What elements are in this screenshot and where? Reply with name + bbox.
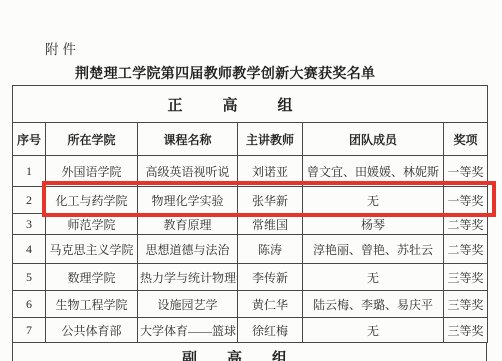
cell-team: 曾文宜、田媛媛、林妮斯 bbox=[303, 156, 444, 187]
cell-award: 三等奖 bbox=[444, 264, 488, 291]
cell-team: 无 bbox=[303, 264, 444, 291]
cell-college: 马克思主义学院 bbox=[46, 235, 138, 264]
cell-award: 三等奖 bbox=[444, 318, 488, 343]
document-title: 荆楚理工学院第四届教师教学创新大赛获奖名单 bbox=[75, 63, 365, 83]
cell-college: 公共体育部 bbox=[46, 318, 138, 343]
cell-no: 5 bbox=[13, 264, 46, 291]
cell-college: 数理学院 bbox=[46, 264, 138, 291]
cell-team: 淳艳丽、曾艳、苏牡云 bbox=[303, 235, 444, 264]
table-row-highlighted: 2 化工与药学院 物理化学实验 张华新 无 一等奖 bbox=[13, 187, 488, 214]
table-row: 3 师范学院 教育原理 常维国 杨琴 二等奖 bbox=[13, 214, 488, 235]
cell-team: 杨琴 bbox=[303, 214, 444, 235]
cell-teacher: 黄仁华 bbox=[238, 291, 303, 318]
cell-teacher: 陈涛 bbox=[238, 235, 303, 264]
cell-team: 陆云梅、李璐、易庆平 bbox=[303, 291, 444, 318]
cell-teacher: 张华新 bbox=[238, 187, 303, 214]
cell-award: 二等奖 bbox=[444, 214, 488, 235]
table-header-row: 序号 所在学院 课程名称 主讲教师 团队成员 奖项 bbox=[13, 123, 488, 156]
table-row: 6 生物工程学院 设施园艺学 黄仁华 陆云梅、李璐、易庆平 三等奖 bbox=[13, 291, 488, 318]
cell-college: 化工与药学院 bbox=[46, 187, 138, 214]
cell-college: 生物工程学院 bbox=[46, 291, 138, 318]
attachment-label: 附件 bbox=[45, 38, 80, 58]
cell-award: 一等奖 bbox=[444, 187, 488, 214]
cell-no: 2 bbox=[13, 187, 46, 214]
col-header-no: 序号 bbox=[13, 123, 46, 156]
cell-team: 无 bbox=[303, 187, 444, 214]
cell-award: 一等奖 bbox=[444, 156, 488, 187]
cell-course: 大学体育——篮球 bbox=[138, 318, 238, 343]
document-page: 附件 荆楚理工学院第四届教师教学创新大赛获奖名单 正高组 序号 所在学院 课程名… bbox=[0, 0, 502, 361]
cell-no: 7 bbox=[13, 318, 46, 343]
cell-college: 外国语学院 bbox=[46, 156, 138, 187]
cell-course: 教育原理 bbox=[138, 214, 238, 235]
cell-course: 高级英语视听说 bbox=[138, 156, 238, 187]
cell-no: 3 bbox=[13, 214, 46, 235]
cell-no: 4 bbox=[13, 235, 46, 264]
cell-team: 无 bbox=[303, 318, 444, 343]
cell-course: 设施园艺学 bbox=[138, 291, 238, 318]
group-header: 正高组 bbox=[13, 86, 488, 123]
cell-teacher: 刘诺亚 bbox=[238, 156, 303, 187]
col-header-award: 奖项 bbox=[444, 123, 488, 156]
cell-teacher: 徐红梅 bbox=[238, 318, 303, 343]
cell-teacher: 李传新 bbox=[238, 264, 303, 291]
col-header-teacher: 主讲教师 bbox=[238, 123, 303, 156]
cell-no: 1 bbox=[13, 156, 46, 187]
table-continuation: 副高组 bbox=[12, 342, 487, 361]
col-header-college: 所在学院 bbox=[46, 123, 138, 156]
table-row: 7 公共体育部 大学体育——篮球 徐红梅 无 三等奖 bbox=[13, 318, 488, 343]
table-row: 4 马克思主义学院 思想道德与法治 陈涛 淳艳丽、曾艳、苏牡云 二等奖 bbox=[13, 235, 488, 264]
cell-teacher: 常维国 bbox=[238, 214, 303, 235]
cell-course: 思想道德与法治 bbox=[138, 235, 238, 264]
col-header-course: 课程名称 bbox=[138, 123, 238, 156]
cell-course: 热力学与统计物理学 bbox=[138, 264, 238, 291]
col-header-team: 团队成员 bbox=[303, 123, 444, 156]
cell-course: 物理化学实验 bbox=[138, 187, 238, 214]
cell-college: 师范学院 bbox=[46, 214, 138, 235]
next-group-header: 副高组 bbox=[13, 352, 486, 361]
cell-award: 三等奖 bbox=[444, 291, 488, 318]
cell-award: 二等奖 bbox=[444, 235, 488, 264]
award-table: 正高组 序号 所在学院 课程名称 主讲教师 团队成员 奖项 1 外国语学院 高级… bbox=[12, 85, 488, 343]
cell-no: 6 bbox=[13, 291, 46, 318]
table-row: 1 外国语学院 高级英语视听说 刘诺亚 曾文宜、田媛媛、林妮斯 一等奖 bbox=[13, 156, 488, 187]
table-row: 5 数理学院 热力学与统计物理学 李传新 无 三等奖 bbox=[13, 264, 488, 291]
group-header-row: 正高组 bbox=[13, 86, 488, 123]
